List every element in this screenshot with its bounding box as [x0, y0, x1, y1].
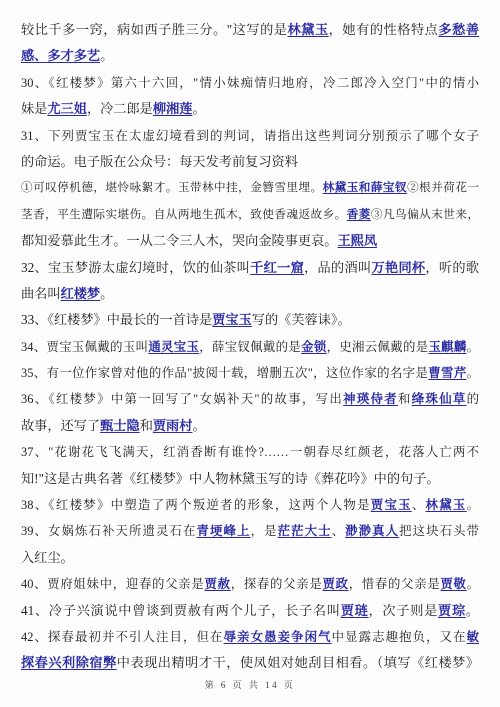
body-text: 34、贾宝玉佩戴的玉叫	[21, 340, 148, 354]
answer-highlight: 曹雪芹	[428, 366, 466, 380]
answer-highlight: 林黛玉和薛宝钗	[323, 181, 407, 194]
body-text: ，薛宝钗佩戴的是	[199, 340, 301, 354]
answer-highlight: 贾琮	[438, 603, 466, 618]
text-line: 的命运。电子版在公众号：每天发考前复习资料	[21, 149, 479, 175]
body-text: ，她有的性格特点	[329, 22, 439, 37]
answer-highlight: 贾宝玉	[212, 312, 252, 327]
body-text: ②根并荷花一	[407, 181, 479, 194]
body-text: 。	[100, 48, 113, 63]
text-line: ①可叹停机德，堪怜咏絮才。玉带林中挂，金簪雪里埋。林黛玉和薛宝钗②根并荷花一	[21, 175, 479, 201]
answer-highlight: 贾琏	[341, 603, 369, 618]
answer-highlight: 探春兴利除宿弊	[21, 655, 117, 670]
body-text: 。	[467, 498, 479, 512]
text-line: 40、贾府姐妹中，迎春的父亲是贾赦，探春的父亲是贾政，惜春的父亲是贾敬。	[21, 571, 479, 597]
body-text: ，史湘云佩戴的是	[327, 340, 429, 354]
body-text: 中表现出精明才干，使凤姐对她刮目相看。（填写《红楼梦》	[117, 655, 479, 670]
text-line: 31、下列贾宝玉在太虚幻境看到的判词，请指出这些判词分别预示了哪个女子	[21, 123, 479, 149]
answer-highlight: 神瑛侍者	[343, 392, 398, 406]
answer-highlight: 辱亲女愚妾争闲气	[224, 630, 332, 644]
body-text: 。	[192, 418, 205, 433]
body-text: 39、女娲炼石补天所遗灵石在	[21, 524, 197, 538]
body-text: 故事，还写了	[21, 418, 100, 433]
body-text: 把这块石头带	[399, 524, 479, 538]
body-text: ，听的歌	[425, 260, 479, 275]
body-text: 入红尘。	[21, 550, 74, 565]
body-text: 中显露志趣抱负，又在	[332, 630, 467, 644]
body-text: 和	[140, 418, 153, 433]
answer-highlight: 感、多才多艺	[21, 48, 100, 63]
text-line: 33、《红楼梦》中最长的一首诗是贾宝玉写的《芙蓉诔》。	[21, 307, 479, 333]
answer-highlight: 尤三姐	[47, 101, 87, 116]
answer-highlight: 玉麒麟	[428, 340, 466, 354]
answer-highlight: 香菱	[347, 208, 371, 221]
body-text: 知!"这是古典名著《红楼梦》中人物林黛玉写的诗《葬花吟》中的句子。	[21, 471, 440, 486]
body-text: 35、有一位作家曾对他的作品"披阅十载，增删五次"，这位作家的名字是	[21, 366, 428, 380]
body-text: ，探春的父亲是	[231, 577, 323, 591]
text-line: 38、《红楼梦》中塑造了两个叛逆者的形象，这两个人物是贾宝玉、林黛玉。	[21, 492, 479, 518]
answer-highlight: 贾雨村	[153, 418, 193, 433]
body-text: 都知爱慕此生才。一从二令三人木，哭向金陵事更哀。	[21, 233, 338, 248]
text-line: 41、冷子兴演说中曾谈到贾赦有两个儿子，长子名叫贾琏，次子则是贾琮。	[21, 598, 479, 624]
text-line: 35、有一位作家曾对他的作品"披阅十载，增删五次"，这位作家的名字是曹雪芹。	[21, 360, 479, 386]
text-line: 30、《红楼梦》第六十六回，"情小妹痴情归地府，冷二郎冷入空门"中的情小	[21, 70, 479, 96]
document-body: 较比千多一窍，病如西子胜三分。"这写的是林黛玉，她有的性格特点多愁善感、多才多艺…	[21, 17, 479, 677]
answer-highlight: 万艳同杯	[371, 260, 425, 275]
body-text: 41、冷子兴演说中曾谈到贾赦有两个儿子，长子名叫	[21, 603, 341, 618]
answer-highlight: 千红一窟	[250, 260, 304, 275]
body-text: 、	[412, 498, 426, 512]
text-line: 都知爱慕此生才。一从二令三人木，哭向金陵事更哀。王熙凤	[21, 228, 479, 254]
body-text: 妹是	[21, 101, 47, 116]
answer-highlight: 金锁	[301, 340, 326, 354]
body-text: 32、宝玉梦游太虚幻境时，饮的仙茶叫	[21, 260, 250, 275]
answer-highlight: 贾赦	[205, 577, 231, 591]
text-line: 入红尘。	[21, 545, 479, 571]
answer-highlight: 多愁善	[438, 22, 479, 37]
text-line: 34、贾宝玉佩戴的玉叫通灵宝玉，薛宝钗佩戴的是金锁，史湘云佩戴的是玉麒麟。	[21, 334, 479, 360]
body-text: 。	[192, 101, 205, 116]
body-text: ，次子则是	[369, 603, 439, 618]
body-text: 的	[467, 392, 479, 406]
answer-highlight: 渺渺真人	[345, 524, 399, 538]
text-line: 感、多才多艺。	[21, 43, 479, 69]
answer-highlight: 甄士隐	[100, 418, 140, 433]
body-text: ③凡鸟偏从末世来，	[371, 208, 479, 221]
answer-highlight: 林黛玉	[288, 22, 329, 37]
answer-highlight: 贾政	[322, 577, 348, 591]
body-text: 和	[398, 392, 412, 406]
answer-highlight: 柳湘莲	[153, 101, 193, 116]
body-text: ，品的酒叫	[304, 260, 371, 275]
answer-highlight: 敏	[467, 630, 479, 644]
body-text: 。	[100, 286, 113, 301]
answer-highlight: 通灵宝玉	[148, 340, 199, 354]
body-text: ，冷二郎是	[87, 101, 153, 116]
text-line: 曲名叫红楼梦。	[21, 281, 479, 307]
answer-highlight: 贾宝玉	[371, 498, 412, 512]
body-text: 曲名叫	[21, 286, 61, 301]
body-text: 40、贾府姐妹中，迎春的父亲是	[21, 577, 205, 591]
body-text: 38、《红楼梦》中塑造了两个叛逆者的形象，这两个人物是	[21, 498, 371, 512]
body-text: 。	[466, 603, 479, 618]
text-line: 妹是尤三姐，冷二郎是柳湘莲。	[21, 96, 479, 122]
body-text: 的命运。电子版在公众号：每天发考前复习资料	[21, 154, 298, 169]
page-number-footer: 第 6 页 共 14 页	[0, 678, 500, 691]
answer-highlight: 贾敬	[440, 577, 466, 591]
body-text: 。	[467, 340, 479, 354]
body-text: 。	[467, 366, 479, 380]
text-line: 37、"花谢花飞飞满天，红消香断有谁怜?……一朝春尽红颜老，花落人亡两不	[21, 439, 479, 465]
text-line: 茎香，平生遭际实堪伤。自从两地生孤木，致使香魂返故乡。香菱③凡鸟偏从末世来，	[21, 202, 479, 228]
body-text: ，惜春的父亲是	[349, 577, 441, 591]
answer-highlight: 红楼梦	[61, 286, 101, 301]
text-line: 32、宝玉梦游太虚幻境时，饮的仙茶叫千红一窟，品的酒叫万艳同杯，听的歌	[21, 255, 479, 281]
answer-highlight: 林黛玉	[426, 498, 467, 512]
text-line: 故事，还写了甄士隐和贾雨村。	[21, 413, 479, 439]
text-line: 知!"这是古典名著《红楼梦》中人物林黛玉写的诗《葬花吟》中的句子。	[21, 466, 479, 492]
body-text: 37、"花谢花飞飞满天，红消香断有谁怜?……一朝春尽红颜老，花落人亡两不	[21, 445, 479, 459]
body-text: 42、探春最初并不引人注目，但在	[21, 630, 224, 644]
answer-highlight: 青埂峰上	[197, 524, 251, 538]
answer-highlight: 王熙凤	[338, 233, 378, 248]
text-line: 较比千多一窍，病如西子胜三分。"这写的是林黛玉，她有的性格特点多愁善	[21, 17, 479, 43]
answer-highlight: 茫茫大士	[278, 524, 332, 538]
body-text: 33、《红楼梦》中最长的一首诗是	[21, 312, 212, 327]
body-text: 。	[467, 577, 479, 591]
body-text: 较比千多一窍，病如西子胜三分。"这写的是	[21, 22, 288, 37]
text-line: 36、《红楼梦》中第一回写了"女娲补天"的故事，写出神瑛侍者和绛珠仙草的	[21, 386, 479, 412]
text-line: 探春兴利除宿弊中表现出精明才干，使凤姐对她刮目相看。（填写《红楼梦》	[21, 650, 479, 676]
body-text: ，是	[251, 524, 278, 538]
body-text: 31、下列贾宝玉在太虚幻境看到的判词，请指出这些判词分别预示了哪个女子	[21, 129, 479, 143]
body-text: 36、《红楼梦》中第一回写了"女娲补天"的故事，写出	[21, 392, 343, 406]
body-text: 写的《芙蓉诔》。	[252, 312, 351, 327]
body-text: 茎香，平生遭际实堪伤。自从两地生孤木，致使香魂返故乡。	[21, 208, 347, 221]
body-text: ①可叹停机德，堪怜咏絮才。玉带林中挂，金簪雪里埋。	[21, 181, 323, 194]
body-text: 30、《红楼梦》第六十六回，"情小妹痴情归地府，冷二郎冷入空门"中的情小	[21, 76, 479, 90]
document-page: 较比千多一窍，病如西子胜三分。"这写的是林黛玉，她有的性格特点多愁善感、多才多艺…	[0, 0, 500, 707]
answer-highlight: 绛珠仙草	[412, 392, 467, 406]
body-text: 、	[332, 524, 346, 538]
text-line: 39、女娲炼石补天所遗灵石在青埂峰上，是茫茫大士、渺渺真人把这块石头带	[21, 518, 479, 544]
text-line: 42、探春最初并不引人注目，但在辱亲女愚妾争闲气中显露志趣抱负，又在敏	[21, 624, 479, 650]
